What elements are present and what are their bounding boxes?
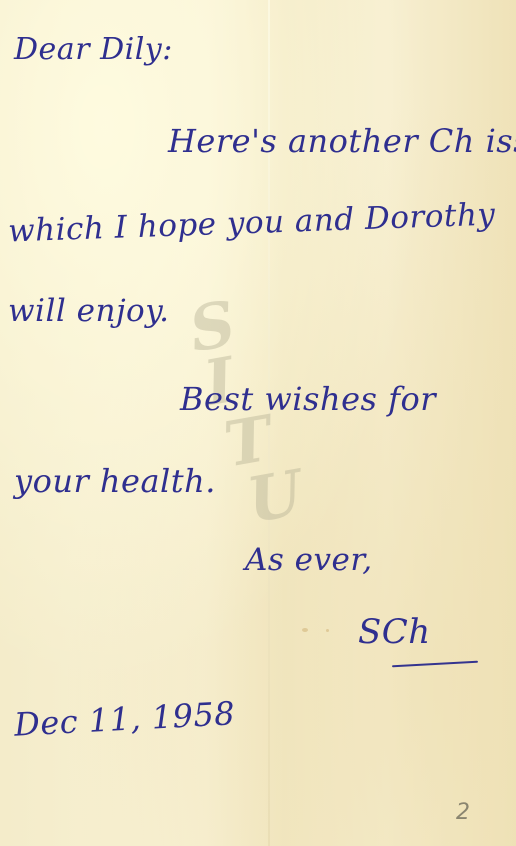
letter-line-3: will enjoy.	[8, 293, 169, 329]
page-number: 2	[456, 800, 470, 825]
signature-underline	[392, 661, 478, 667]
ink-spot	[302, 628, 308, 632]
ink-spot	[326, 629, 329, 632]
letter-line-4: Best wishes for	[180, 380, 436, 418]
letter-line-1: Here's another Ch issue	[168, 122, 516, 160]
salutation: Dear Dily:	[14, 32, 173, 67]
letter-date: Dec 11, 1958	[13, 694, 236, 744]
letter-line-5: your health.	[14, 462, 216, 500]
signature: SCh	[358, 612, 431, 652]
closing: As ever,	[245, 542, 373, 578]
watermark-letter-u: U	[242, 456, 308, 537]
letter-page: S I T U Dear Dily: Here's another Ch iss…	[0, 0, 516, 846]
letter-line-2: which I hope you and Dorothy	[8, 197, 496, 250]
